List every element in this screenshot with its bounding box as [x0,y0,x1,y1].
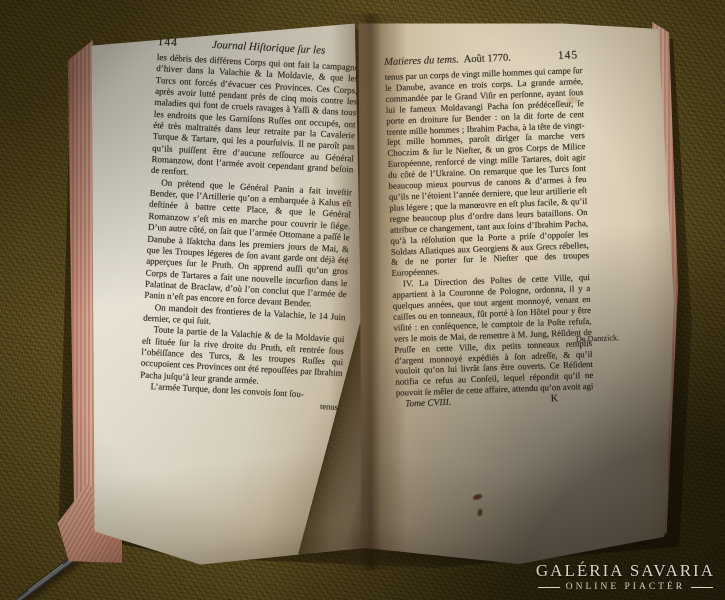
right-page-text: Matieres du tems. Août 1770. 145 tenus p… [384,49,594,411]
page-stain [566,96,580,104]
paragraph: tenus par un corps de vingt mille hommes… [385,65,590,279]
right-page-number: 145 [558,49,579,62]
paragraph: les débris des différens Corps qui ont f… [151,52,359,187]
margin-note: De Dantzick. [576,333,619,344]
gallery-watermark: GALÉRIA SAVARIA ONLINE PIACTÉR [536,561,715,592]
paragraph: Toute la partie de la Valachie & de la M… [140,324,345,391]
left-page-text: 144 Journal Hiſtorique ſur les les débri… [139,36,360,414]
watermark-subtitle: ONLINE PIACTÉR [536,582,715,592]
watermark-title: GALÉRIA SAVARIA [536,561,715,581]
photo-of-open-book: 144 Journal Hiſtorique ſur les les débri… [0,0,725,600]
signature-mark: K [551,394,559,405]
volume-label: Tome CVIII. [405,398,451,411]
right-running-title: Matieres du tems. [384,54,459,68]
left-page-number: 144 [157,36,178,49]
right-running-date: Août 1770. [464,53,512,66]
paragraph: On prétend que le Général Panin a fait i… [144,177,352,312]
paragraph: IV. La Direction des Poſtes de cette Vil… [392,272,594,399]
